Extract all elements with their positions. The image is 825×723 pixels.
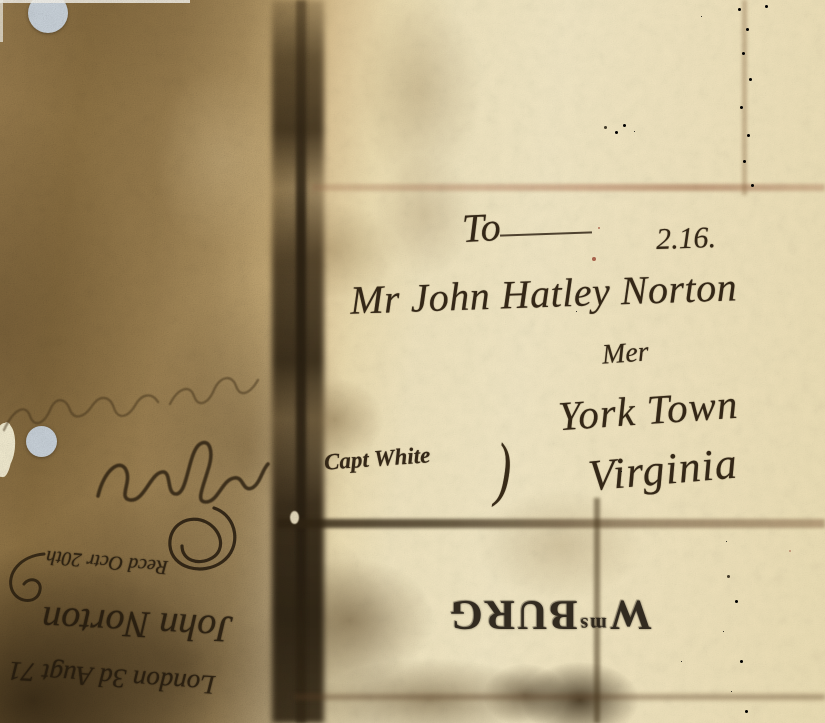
showthrough-script-line <box>4 395 158 430</box>
address-title-line: Mer <box>601 336 650 371</box>
postmark-w: W <box>608 590 652 638</box>
showthrough-script-line <box>170 378 258 404</box>
red-ink-specks <box>592 257 596 261</box>
docket-loop-flourish <box>170 508 235 569</box>
ink-specks <box>604 126 607 129</box>
ink-specks-lower <box>727 575 730 578</box>
wmsburg-postmark: W ms BURG <box>450 584 650 644</box>
docket-c-flourish <box>11 554 44 601</box>
docket-bold-script <box>98 443 268 502</box>
letter-scan: To 2.16. Mr John Hatley Norton Mer York … <box>0 0 825 723</box>
postmark-ms: ms <box>578 613 606 636</box>
postmark-burg: BURG <box>448 590 577 638</box>
address-to-label: To <box>461 203 502 252</box>
postage-rate: 2.16. <box>655 221 716 257</box>
